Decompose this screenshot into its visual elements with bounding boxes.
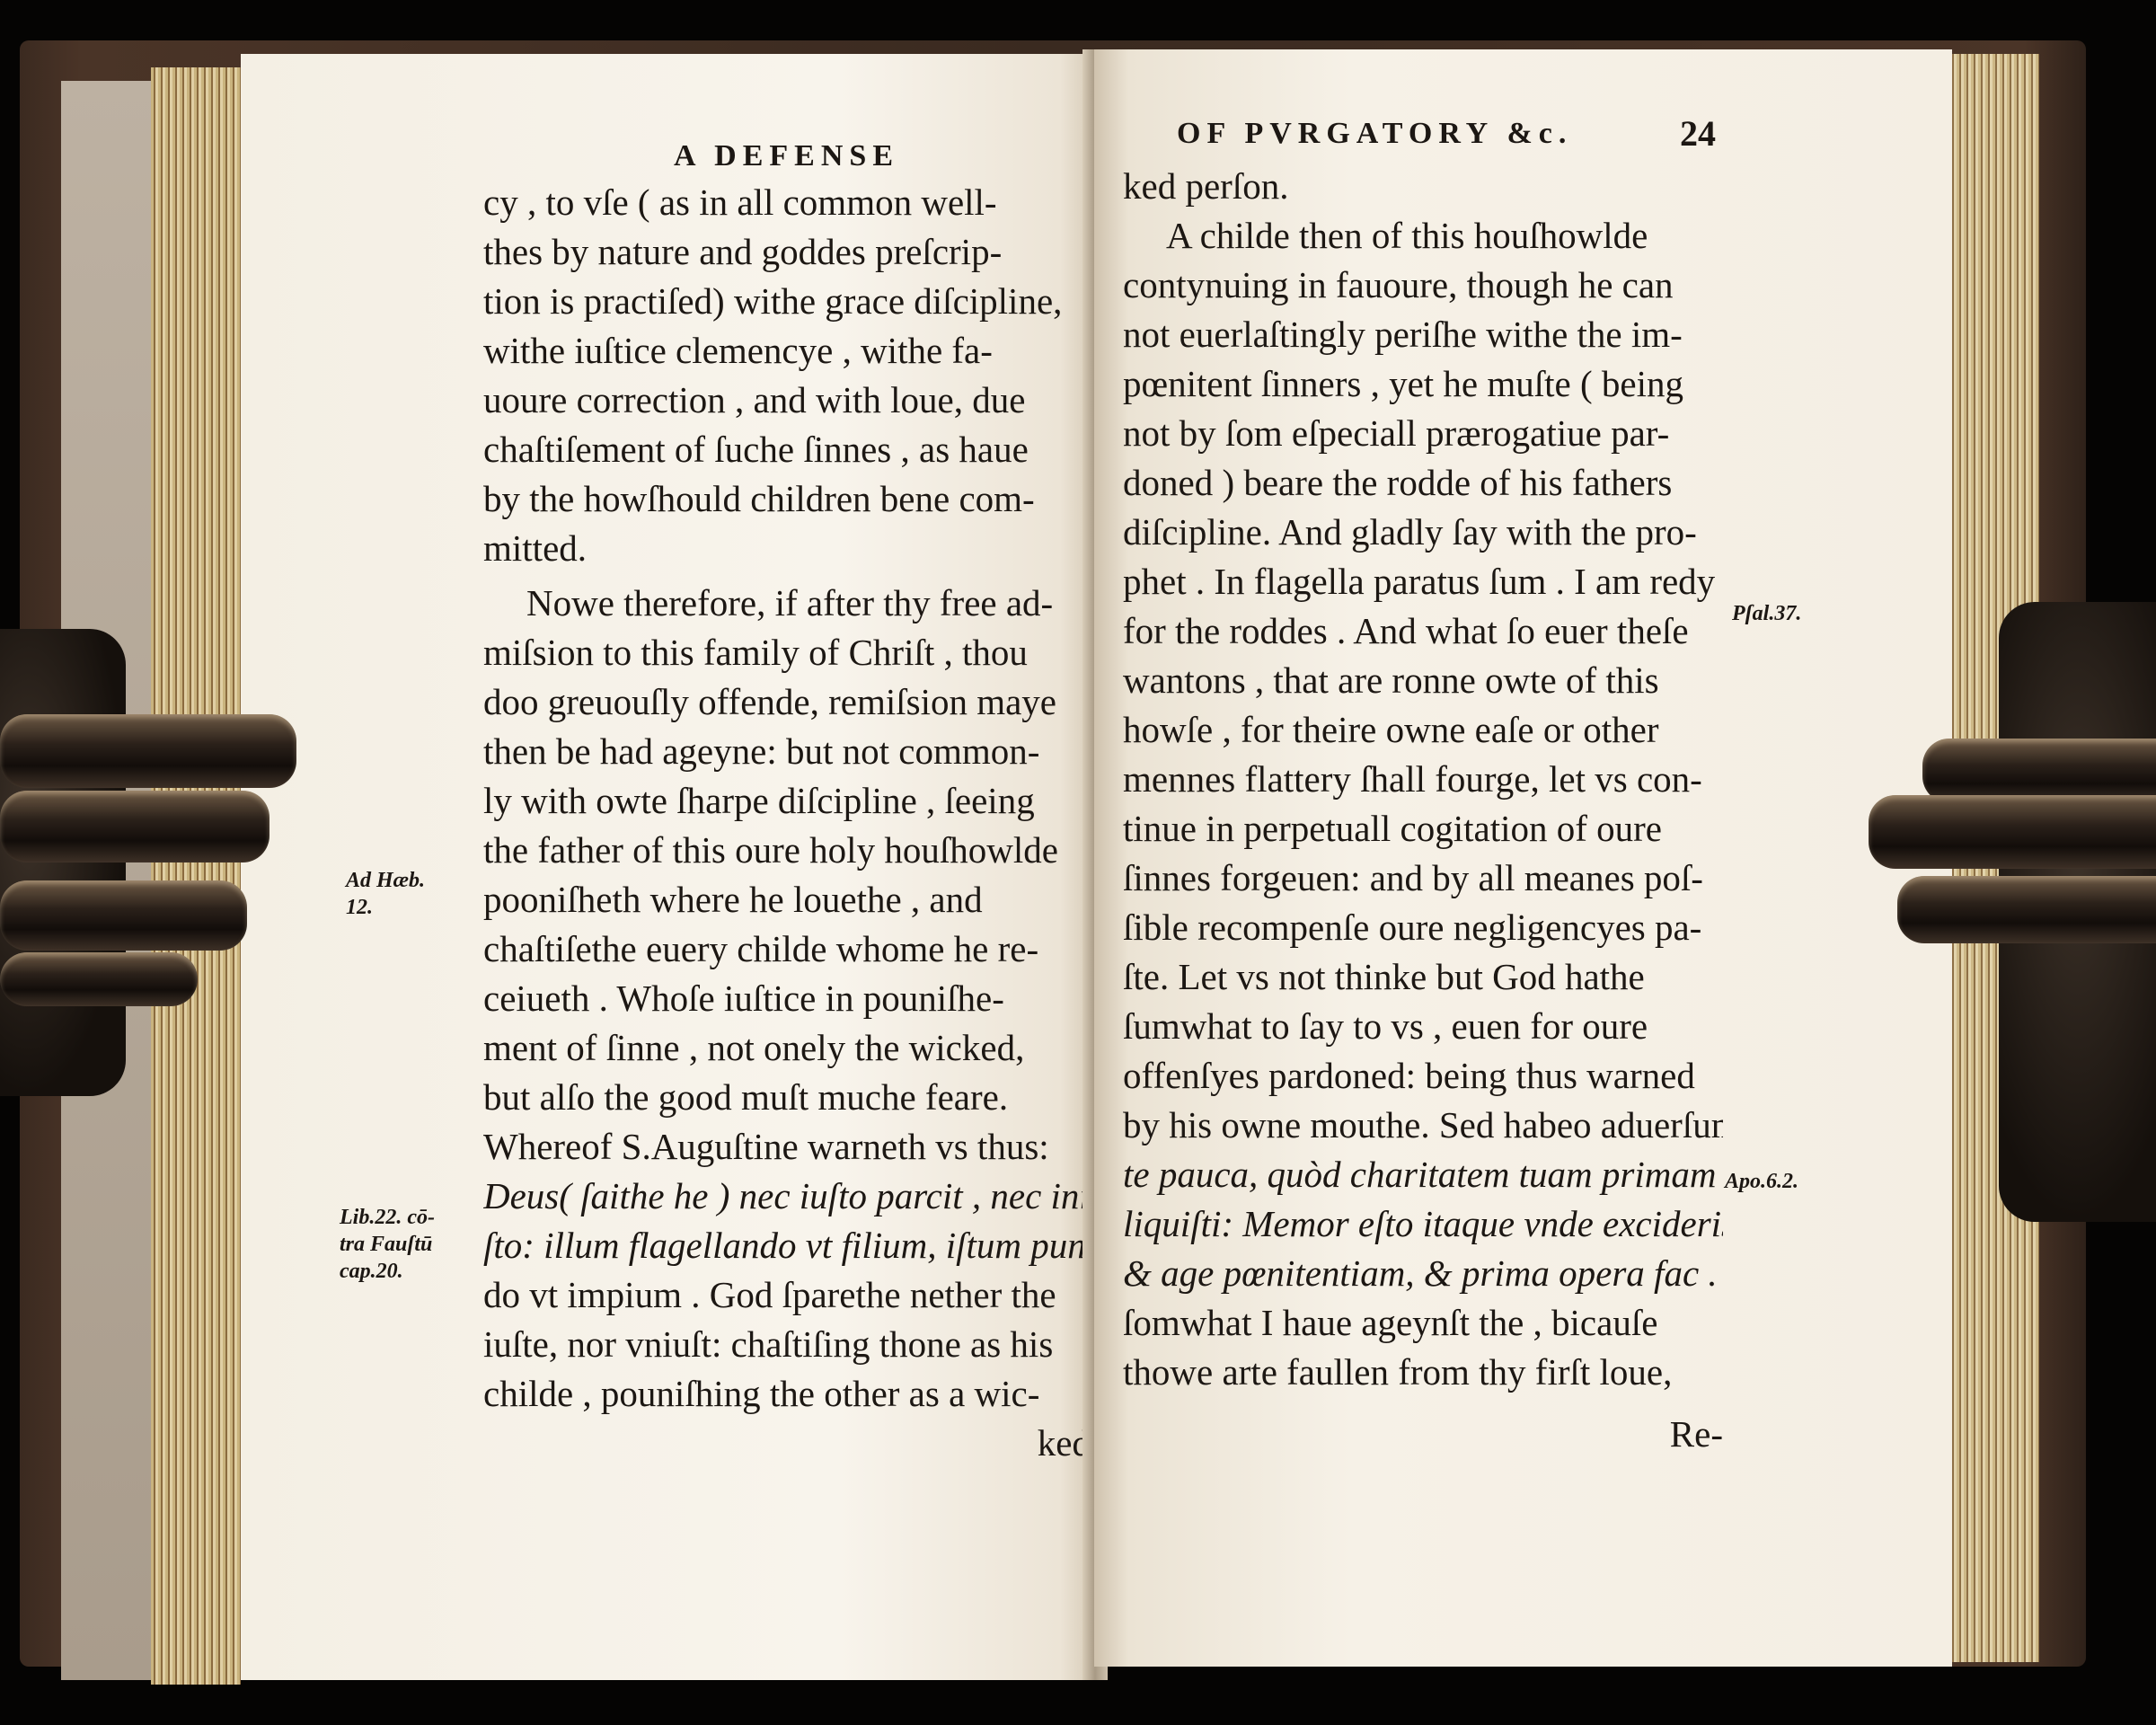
latin-quote-line: ſto: illum flagellando vt filium, iſtum … <box>483 1221 1091 1270</box>
margin-note-contra-faustum: Lib.22. cō- tra Fauſtū cap.20. <box>340 1204 435 1285</box>
text-line: ked perſon. <box>1123 162 1723 211</box>
text-line: diſcipline. And gladly ſay with the pro- <box>1123 508 1723 557</box>
text-line: pooniſheth where he louethe , and <box>483 875 1091 924</box>
text-line: ly with owte ſharpe diſcipline , ſeeing <box>483 776 1091 826</box>
text-line: tion is practiſed) withe grace diſciplin… <box>483 277 1091 326</box>
running-head-right: OF PVRGATORY &c. <box>1177 117 1572 151</box>
text-line: Whereof S.Auguſtine warneth vs thus: <box>483 1122 1091 1172</box>
text-line: A childe then of this houſhowlde <box>1123 211 1723 261</box>
text-line: howſe , for theire owne eaſe or other <box>1123 705 1723 755</box>
text-line: ment of ſinne , not onely the wicked, <box>483 1023 1091 1073</box>
text-line: chaſtiſement of ſuche ſinnes , as haue <box>483 425 1091 474</box>
margin-note-line: 12. <box>346 894 425 921</box>
text-line: miſsion to this family of Chriſt , thou <box>483 628 1091 677</box>
margin-note-apocalypse: Apo.6.2. <box>1725 1168 1798 1195</box>
text-line: not by ſom eſpeciall prærogatiue par- <box>1123 409 1723 458</box>
text-line: ceiueth . Whoſe iuſtice in pouniſhe- <box>483 974 1091 1023</box>
text-line: doned ) beare the rodde of his fathers <box>1123 458 1723 508</box>
text-line: childe , pouniſhing the other as a wic- <box>483 1369 1091 1419</box>
margin-note-line: Ad Hæb. <box>346 867 425 894</box>
text-line: not euerlaſtingly periſhe withe the im- <box>1123 310 1723 359</box>
latin-quote-line: & age pœnitentiam, & prima opera fac . B… <box>1123 1249 1723 1298</box>
text-line: uoure correction , and with loue, due <box>483 376 1091 425</box>
text-line: mennes flattery ſhall fourge, let vs con… <box>1123 755 1723 804</box>
text-line: cy , to vſe ( as in all common well- <box>483 178 1091 227</box>
text-line: doo greuouſly offende, remiſsion maye <box>483 677 1091 727</box>
text-line: withe iuſtice clemencye , withe fa- <box>483 326 1091 376</box>
text-line: offenſyes pardoned: being thus warned <box>1123 1051 1723 1101</box>
text-line: mitted. <box>483 524 1091 573</box>
running-head-left: A DEFENSE <box>674 139 899 173</box>
text-line: the father of this oure holy houſhowlde <box>483 826 1091 875</box>
text-line: ſomwhat I haue ageynſt the , bicauſe <box>1123 1298 1723 1348</box>
margin-note-line: tra Fauſtū <box>340 1231 435 1258</box>
text-line: by the howſhould children bene com- <box>483 474 1091 524</box>
text-line: thowe arte faullen from thy firſt loue, <box>1123 1348 1723 1397</box>
page-edges-left <box>151 67 241 1685</box>
text-line: by his owne mouthe. Sed habeo aduerſum <box>1123 1101 1723 1150</box>
latin-quote-line: liquiſti: Memor eſto itaque vnde excider… <box>1123 1199 1723 1249</box>
catchword: Re- <box>1123 1410 1723 1459</box>
text-line: then be had ageyne: but not common- <box>483 727 1091 776</box>
text-line: contynuing in fauoure, though he can <box>1123 261 1723 310</box>
text-line: tinue in perpetuall cogitation of oure <box>1123 804 1723 854</box>
text-line: ſible recompenſe oure negligencyes pa- <box>1123 903 1723 952</box>
text-line: ſinnes forgeuen: and by all meanes poſ- <box>1123 854 1723 903</box>
text-line: chaſtiſethe euery childe whome he re- <box>483 924 1091 974</box>
left-page-text: cy , to vſe ( as in all common well- the… <box>483 178 1091 1468</box>
margin-note-line: cap.20. <box>340 1258 435 1285</box>
text-line: thes by nature and goddes preſcrip- <box>483 227 1091 277</box>
right-page-text: ked perſon. A childe then of this houſho… <box>1123 162 1723 1459</box>
text-line: pœnitent ſinners , yet he muſte ( being <box>1123 359 1723 409</box>
text-line: do vt impium . God ſparethe nether the <box>483 1270 1091 1320</box>
latin-quote-line: te pauca, quòd charitatem tuam primam re… <box>1123 1150 1723 1199</box>
text-line: ſte. Let vs not thinke but God hathe <box>1123 952 1723 1002</box>
text-line: iuſte, nor vniuſt: chaſtiſing thone as h… <box>483 1320 1091 1369</box>
page-number: 24 <box>1680 112 1716 155</box>
margin-note-line: Lib.22. cō- <box>340 1204 435 1231</box>
text-line: ſumwhat to ſay to vs , euen for oure <box>1123 1002 1723 1051</box>
latin-quote-line: Deus( ſaithe he ) nec iuſto parcit , nec… <box>483 1172 1091 1221</box>
text-line: Nowe therefore, if after thy free ad- <box>483 579 1091 628</box>
margin-note-psalm: Pſal.37. <box>1732 600 1801 627</box>
text-line: for the roddes . And what ſo euer theſe <box>1123 606 1723 656</box>
text-line: but alſo the good muſt muche feare. <box>483 1073 1091 1122</box>
catchword: ked <box>483 1419 1091 1468</box>
text-line: wantons , that are ronne owte of this <box>1123 656 1723 705</box>
text-line: phet . In flagella paratus ſum . I am re… <box>1123 557 1723 606</box>
margin-note-ad-haeb: Ad Hæb. 12. <box>346 867 425 921</box>
